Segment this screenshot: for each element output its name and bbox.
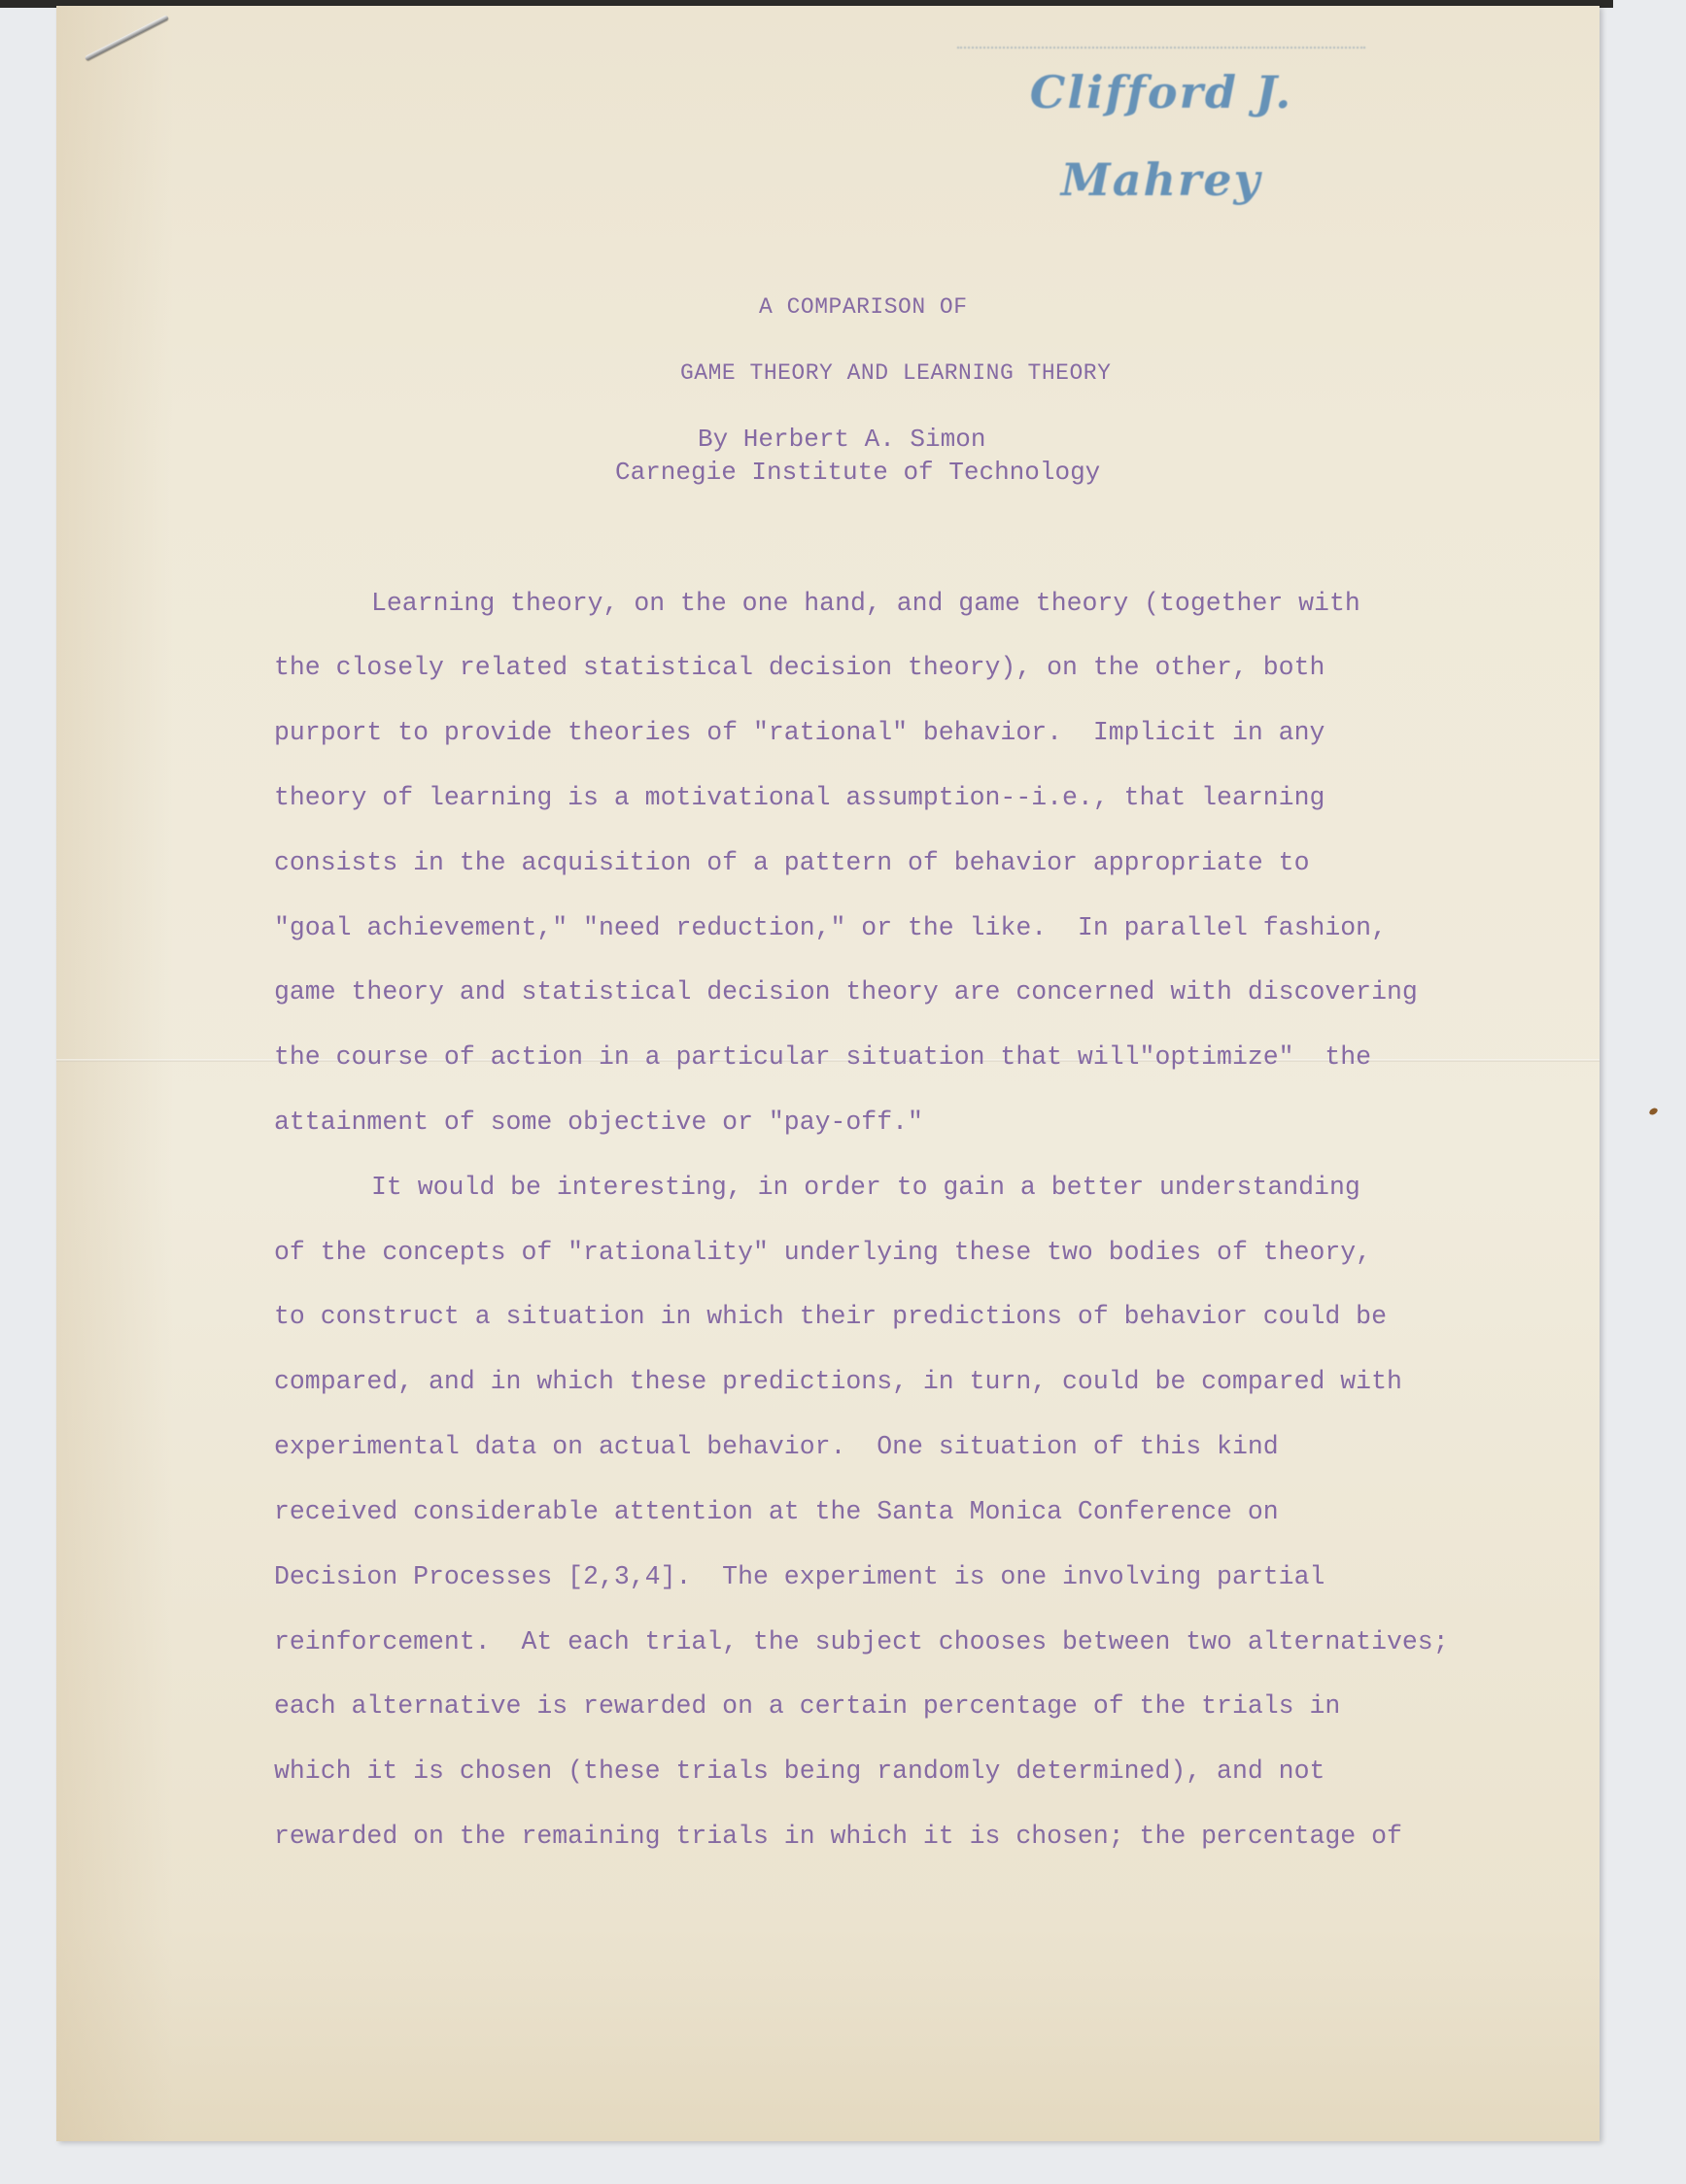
- owner-signature-stamp: Clifford J. Mahrey: [957, 47, 1365, 141]
- body-line: reinforcement. At each trial, the subjec…: [274, 1627, 1449, 1656]
- body-line: consists in the acquisition of a pattern…: [274, 848, 1309, 877]
- body-line: Learning theory, on the one hand, and ga…: [371, 589, 1360, 618]
- body-line: to construct a situation in which their …: [274, 1302, 1387, 1331]
- body-line: which it is chosen (these trials being r…: [274, 1757, 1325, 1786]
- document-title-line-2: GAME THEORY AND LEARNING THEORY: [680, 360, 1111, 386]
- body-line: Decision Processes [2,3,4]. The experime…: [274, 1562, 1325, 1591]
- body-line: of the concepts of "rationality" underly…: [274, 1238, 1371, 1267]
- body-line: compared, and in which these predictions…: [274, 1367, 1402, 1396]
- body-line: theory of learning is a motivational ass…: [274, 783, 1325, 812]
- body-line: each alternative is rewarded on a certai…: [274, 1691, 1340, 1721]
- document-affiliation: Carnegie Institute of Technology: [615, 458, 1100, 487]
- document-author: By Herbert A. Simon: [698, 425, 985, 454]
- body-line: experimental data on actual behavior. On…: [274, 1432, 1279, 1461]
- dirt-speck: [1648, 1107, 1659, 1116]
- body-line: the closely related statistical decision…: [274, 653, 1325, 682]
- body-line: attainment of some objective or "pay-off…: [274, 1108, 923, 1137]
- body-line: purport to provide theories of "rational…: [274, 718, 1325, 747]
- body-line: It would be interesting, in order to gai…: [371, 1173, 1360, 1202]
- body-line: "goal achievement," "need reduction," or…: [274, 913, 1387, 942]
- document-title-line-1: A COMPARISON OF: [759, 294, 968, 320]
- body-line: the course of action in a particular sit…: [274, 1042, 1371, 1072]
- body-line: received considerable attention at the S…: [274, 1497, 1279, 1526]
- body-line: rewarded on the remaining trials in whic…: [274, 1822, 1402, 1851]
- body-line: game theory and statistical decision the…: [274, 977, 1418, 1007]
